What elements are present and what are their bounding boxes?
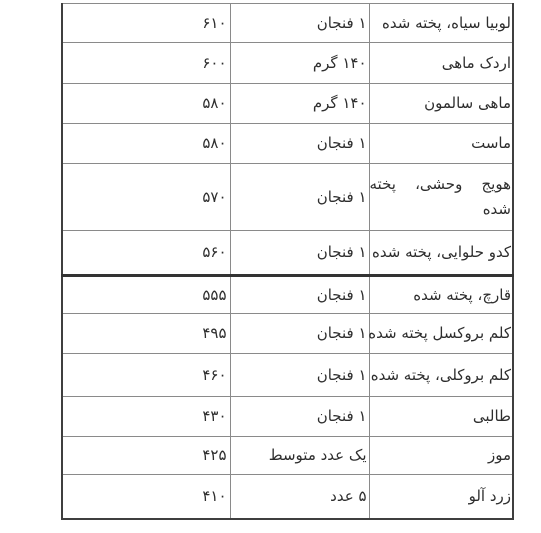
food-name-cell: موز bbox=[369, 437, 513, 475]
table-row: کلم بروکسل پخته شده ۱ فنجان ۴۹۵ bbox=[62, 314, 513, 354]
serving-size-cell: ۱ فنجان bbox=[230, 354, 369, 397]
table-row: لوبیا سیاه، پخته شده ۱ فنجان ۶۱۰ bbox=[62, 4, 513, 43]
table-row: هویج وحشی، پخته شده ۱ فنجان ۵۷۰ bbox=[62, 164, 513, 231]
serving-size-cell: ۵ عدد bbox=[230, 475, 369, 519]
food-name-cell: لوبیا سیاه، پخته شده bbox=[369, 4, 513, 43]
food-name-cell: کلم بروکلی، پخته شده bbox=[369, 354, 513, 397]
amount-cell: ۴۶۰ bbox=[62, 354, 230, 397]
serving-size-cell: ۱ فنجان bbox=[230, 164, 369, 231]
serving-size-cell: ۱ فنجان bbox=[230, 124, 369, 164]
serving-size-cell: ۱ فنجان bbox=[230, 4, 369, 43]
food-name-cell: هویج وحشی، پخته شده bbox=[369, 164, 513, 231]
food-name-cell: زرد آلو bbox=[369, 475, 513, 519]
food-name-cell: کلم بروکسل پخته شده bbox=[369, 314, 513, 354]
amount-cell: ۶۰۰ bbox=[62, 43, 230, 84]
amount-cell: ۵۸۰ bbox=[62, 124, 230, 164]
table-row: قارچ، پخته شده ۱ فنجان ۵۵۵ bbox=[62, 276, 513, 314]
serving-size-cell: ۱ فنجان bbox=[230, 314, 369, 354]
amount-cell: ۴۲۵ bbox=[62, 437, 230, 475]
food-name-cell: کدو حلوایی، پخته شده bbox=[369, 231, 513, 276]
page-background: لوبیا سیاه، پخته شده ۱ فنجان ۶۱۰ اردک ما… bbox=[0, 0, 541, 533]
table-row: زرد آلو ۵ عدد ۴۱۰ bbox=[62, 475, 513, 519]
food-table-container: لوبیا سیاه، پخته شده ۱ فنجان ۶۱۰ اردک ما… bbox=[61, 3, 514, 520]
table-row: کلم بروکلی، پخته شده ۱ فنجان ۴۶۰ bbox=[62, 354, 513, 397]
food-table-body: لوبیا سیاه، پخته شده ۱ فنجان ۶۱۰ اردک ما… bbox=[62, 4, 513, 519]
amount-cell: ۵۶۰ bbox=[62, 231, 230, 276]
amount-cell: ۴۹۵ bbox=[62, 314, 230, 354]
amount-cell: ۴۱۰ bbox=[62, 475, 230, 519]
table-row: کدو حلوایی، پخته شده ۱ فنجان ۵۶۰ bbox=[62, 231, 513, 276]
food-name-cell: قارچ، پخته شده bbox=[369, 276, 513, 314]
food-name-cell: ماست bbox=[369, 124, 513, 164]
serving-size-cell: یک عدد متوسط bbox=[230, 437, 369, 475]
serving-size-cell: ۱۴۰ گرم bbox=[230, 43, 369, 84]
table-row: ماست ۱ فنجان ۵۸۰ bbox=[62, 124, 513, 164]
serving-size-cell: ۱ فنجان bbox=[230, 276, 369, 314]
food-name-cell: اردک ماهی bbox=[369, 43, 513, 84]
serving-size-cell: ۱۴۰ گرم bbox=[230, 84, 369, 124]
table-row: طالبی ۱ فنجان ۴۳۰ bbox=[62, 397, 513, 437]
serving-size-cell: ۱ فنجان bbox=[230, 231, 369, 276]
table-row: ماهی سالمون ۱۴۰ گرم ۵۸۰ bbox=[62, 84, 513, 124]
table-row: موز یک عدد متوسط ۴۲۵ bbox=[62, 437, 513, 475]
serving-size-cell: ۱ فنجان bbox=[230, 397, 369, 437]
food-table: لوبیا سیاه، پخته شده ۱ فنجان ۶۱۰ اردک ما… bbox=[61, 3, 514, 520]
amount-cell: ۵۵۵ bbox=[62, 276, 230, 314]
amount-cell: ۴۳۰ bbox=[62, 397, 230, 437]
amount-cell: ۵۷۰ bbox=[62, 164, 230, 231]
amount-cell: ۵۸۰ bbox=[62, 84, 230, 124]
food-name-cell: ماهی سالمون bbox=[369, 84, 513, 124]
food-name-cell: طالبی bbox=[369, 397, 513, 437]
table-row: اردک ماهی ۱۴۰ گرم ۶۰۰ bbox=[62, 43, 513, 84]
amount-cell: ۶۱۰ bbox=[62, 4, 230, 43]
